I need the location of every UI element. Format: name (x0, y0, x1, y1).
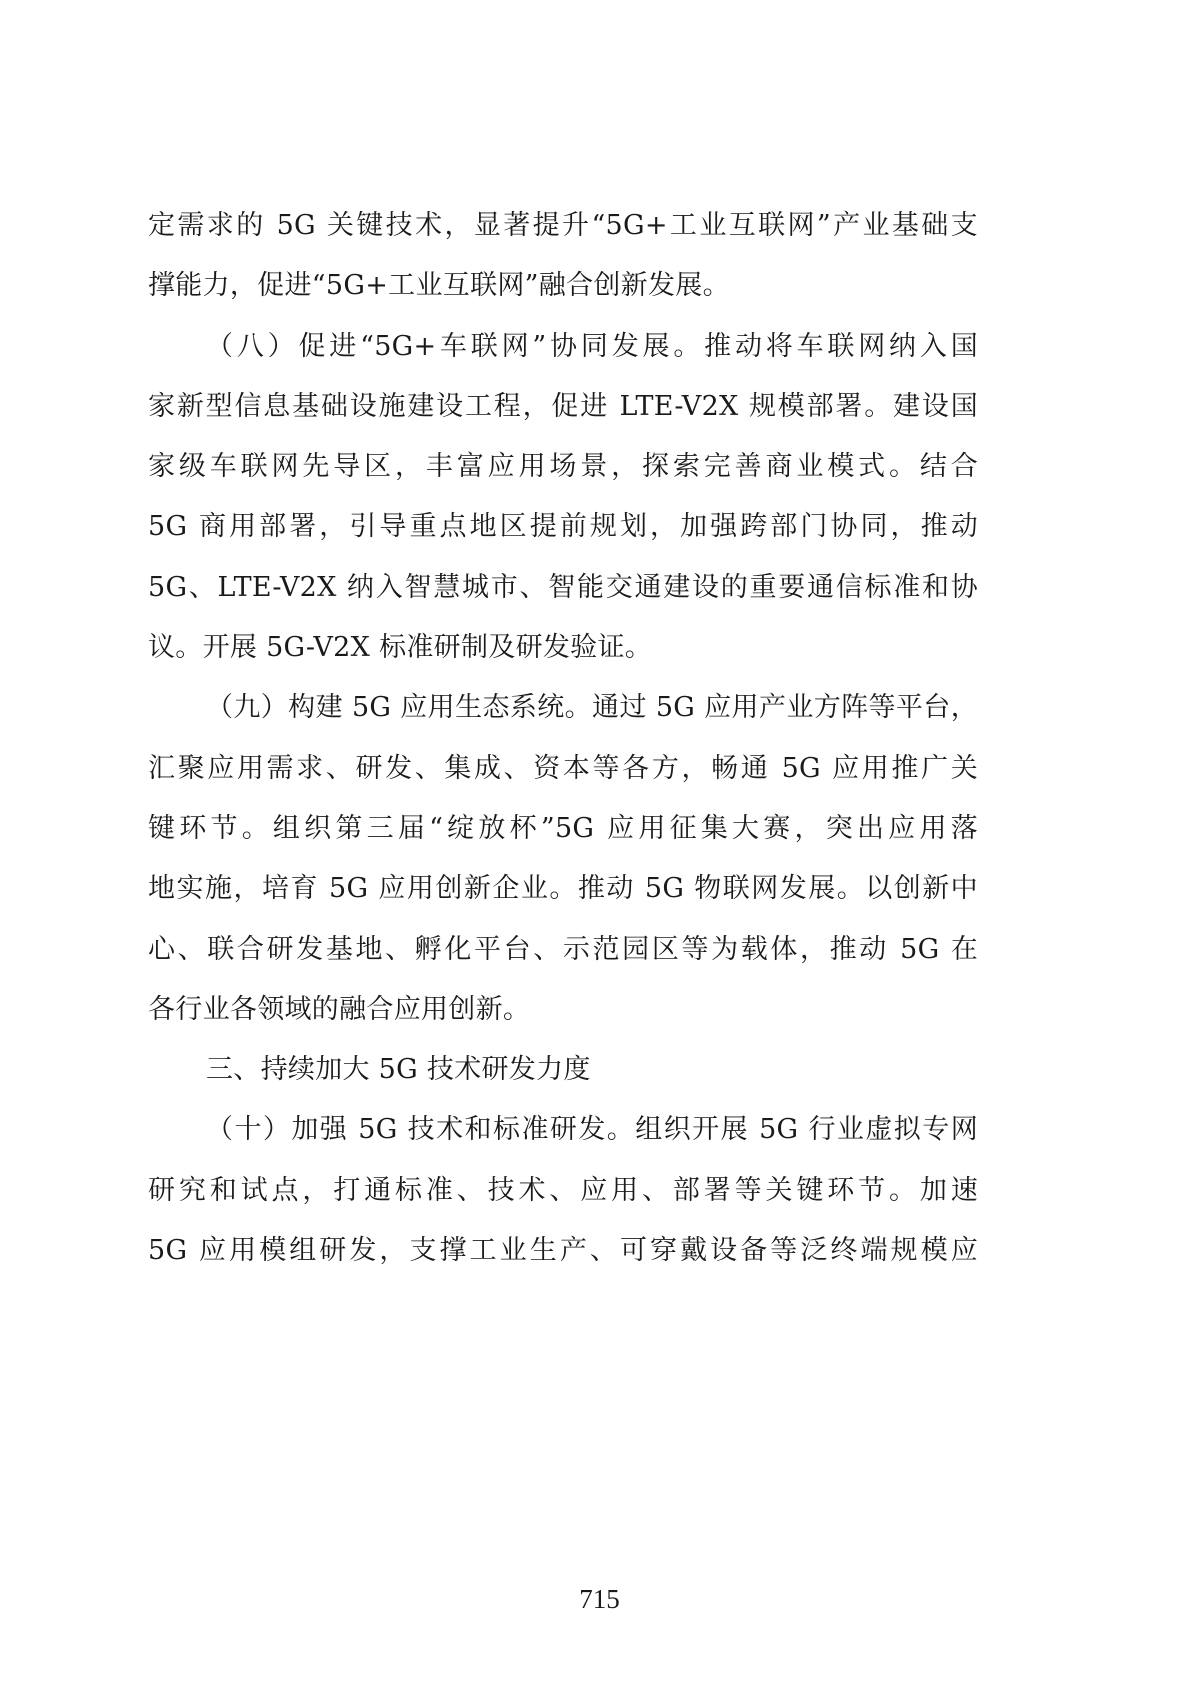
section-8-heading-line: （八）促进“5G+车联网”协同发展。推动将车联网纳入国 (148, 317, 978, 377)
page-number: 715 (0, 1584, 1199, 1615)
text-line: 各行业各领域的融合应用创新。 (148, 980, 978, 1040)
text-line: 家级车联网先导区，丰富应用场景，探索完善商业模式。结合 (148, 437, 978, 497)
text-line: 汇聚应用需求、研发、集成、资本等各方，畅通 5G 应用推广关 (148, 739, 978, 799)
chapter-3-heading: 三、持续加大 5G 技术研发力度 (148, 1040, 978, 1100)
text-line: 研究和试点，打通标准、技术、应用、部署等关键环节。加速 (148, 1161, 978, 1221)
text-line: 心、联合研发基地、孵化平台、示范园区等为载体，推动 5G 在 (148, 920, 978, 980)
section-10-heading-line: （十）加强 5G 技术和标准研发。组织开展 5G 行业虚拟专网 (148, 1100, 978, 1160)
document-page: 定需求的 5G 关键技术，显著提升“5G+工业互联网”产业基础支 撑能力，促进“… (0, 0, 1199, 1694)
text-line: 5G 商用部署，引导重点地区提前规划，加强跨部门协同，推动 (148, 497, 978, 557)
text-line: 定需求的 5G 关键技术，显著提升“5G+工业互联网”产业基础支 (148, 196, 978, 256)
section-9-heading-line: （九）构建 5G 应用生态系统。通过 5G 应用产业方阵等平台， (148, 678, 978, 738)
text-line: 议。开展 5G-V2X 标准研制及研发验证。 (148, 618, 978, 678)
body-text: 定需求的 5G 关键技术，显著提升“5G+工业互联网”产业基础支 撑能力，促进“… (148, 196, 978, 1281)
text-line: 撑能力，促进“5G+工业互联网”融合创新发展。 (148, 256, 978, 316)
text-line: 5G、LTE-V2X 纳入智慧城市、智能交通建设的重要通信标准和协 (148, 558, 978, 618)
text-line: 家新型信息基础设施建设工程，促进 LTE-V2X 规模部署。建设国 (148, 377, 978, 437)
text-line: 5G 应用模组研发，支撑工业生产、可穿戴设备等泛终端规模应 (148, 1221, 978, 1281)
text-line: 地实施，培育 5G 应用创新企业。推动 5G 物联网发展。以创新中 (148, 859, 978, 919)
text-line: 键环节。组织第三届“绽放杯”5G 应用征集大赛，突出应用落 (148, 799, 978, 859)
